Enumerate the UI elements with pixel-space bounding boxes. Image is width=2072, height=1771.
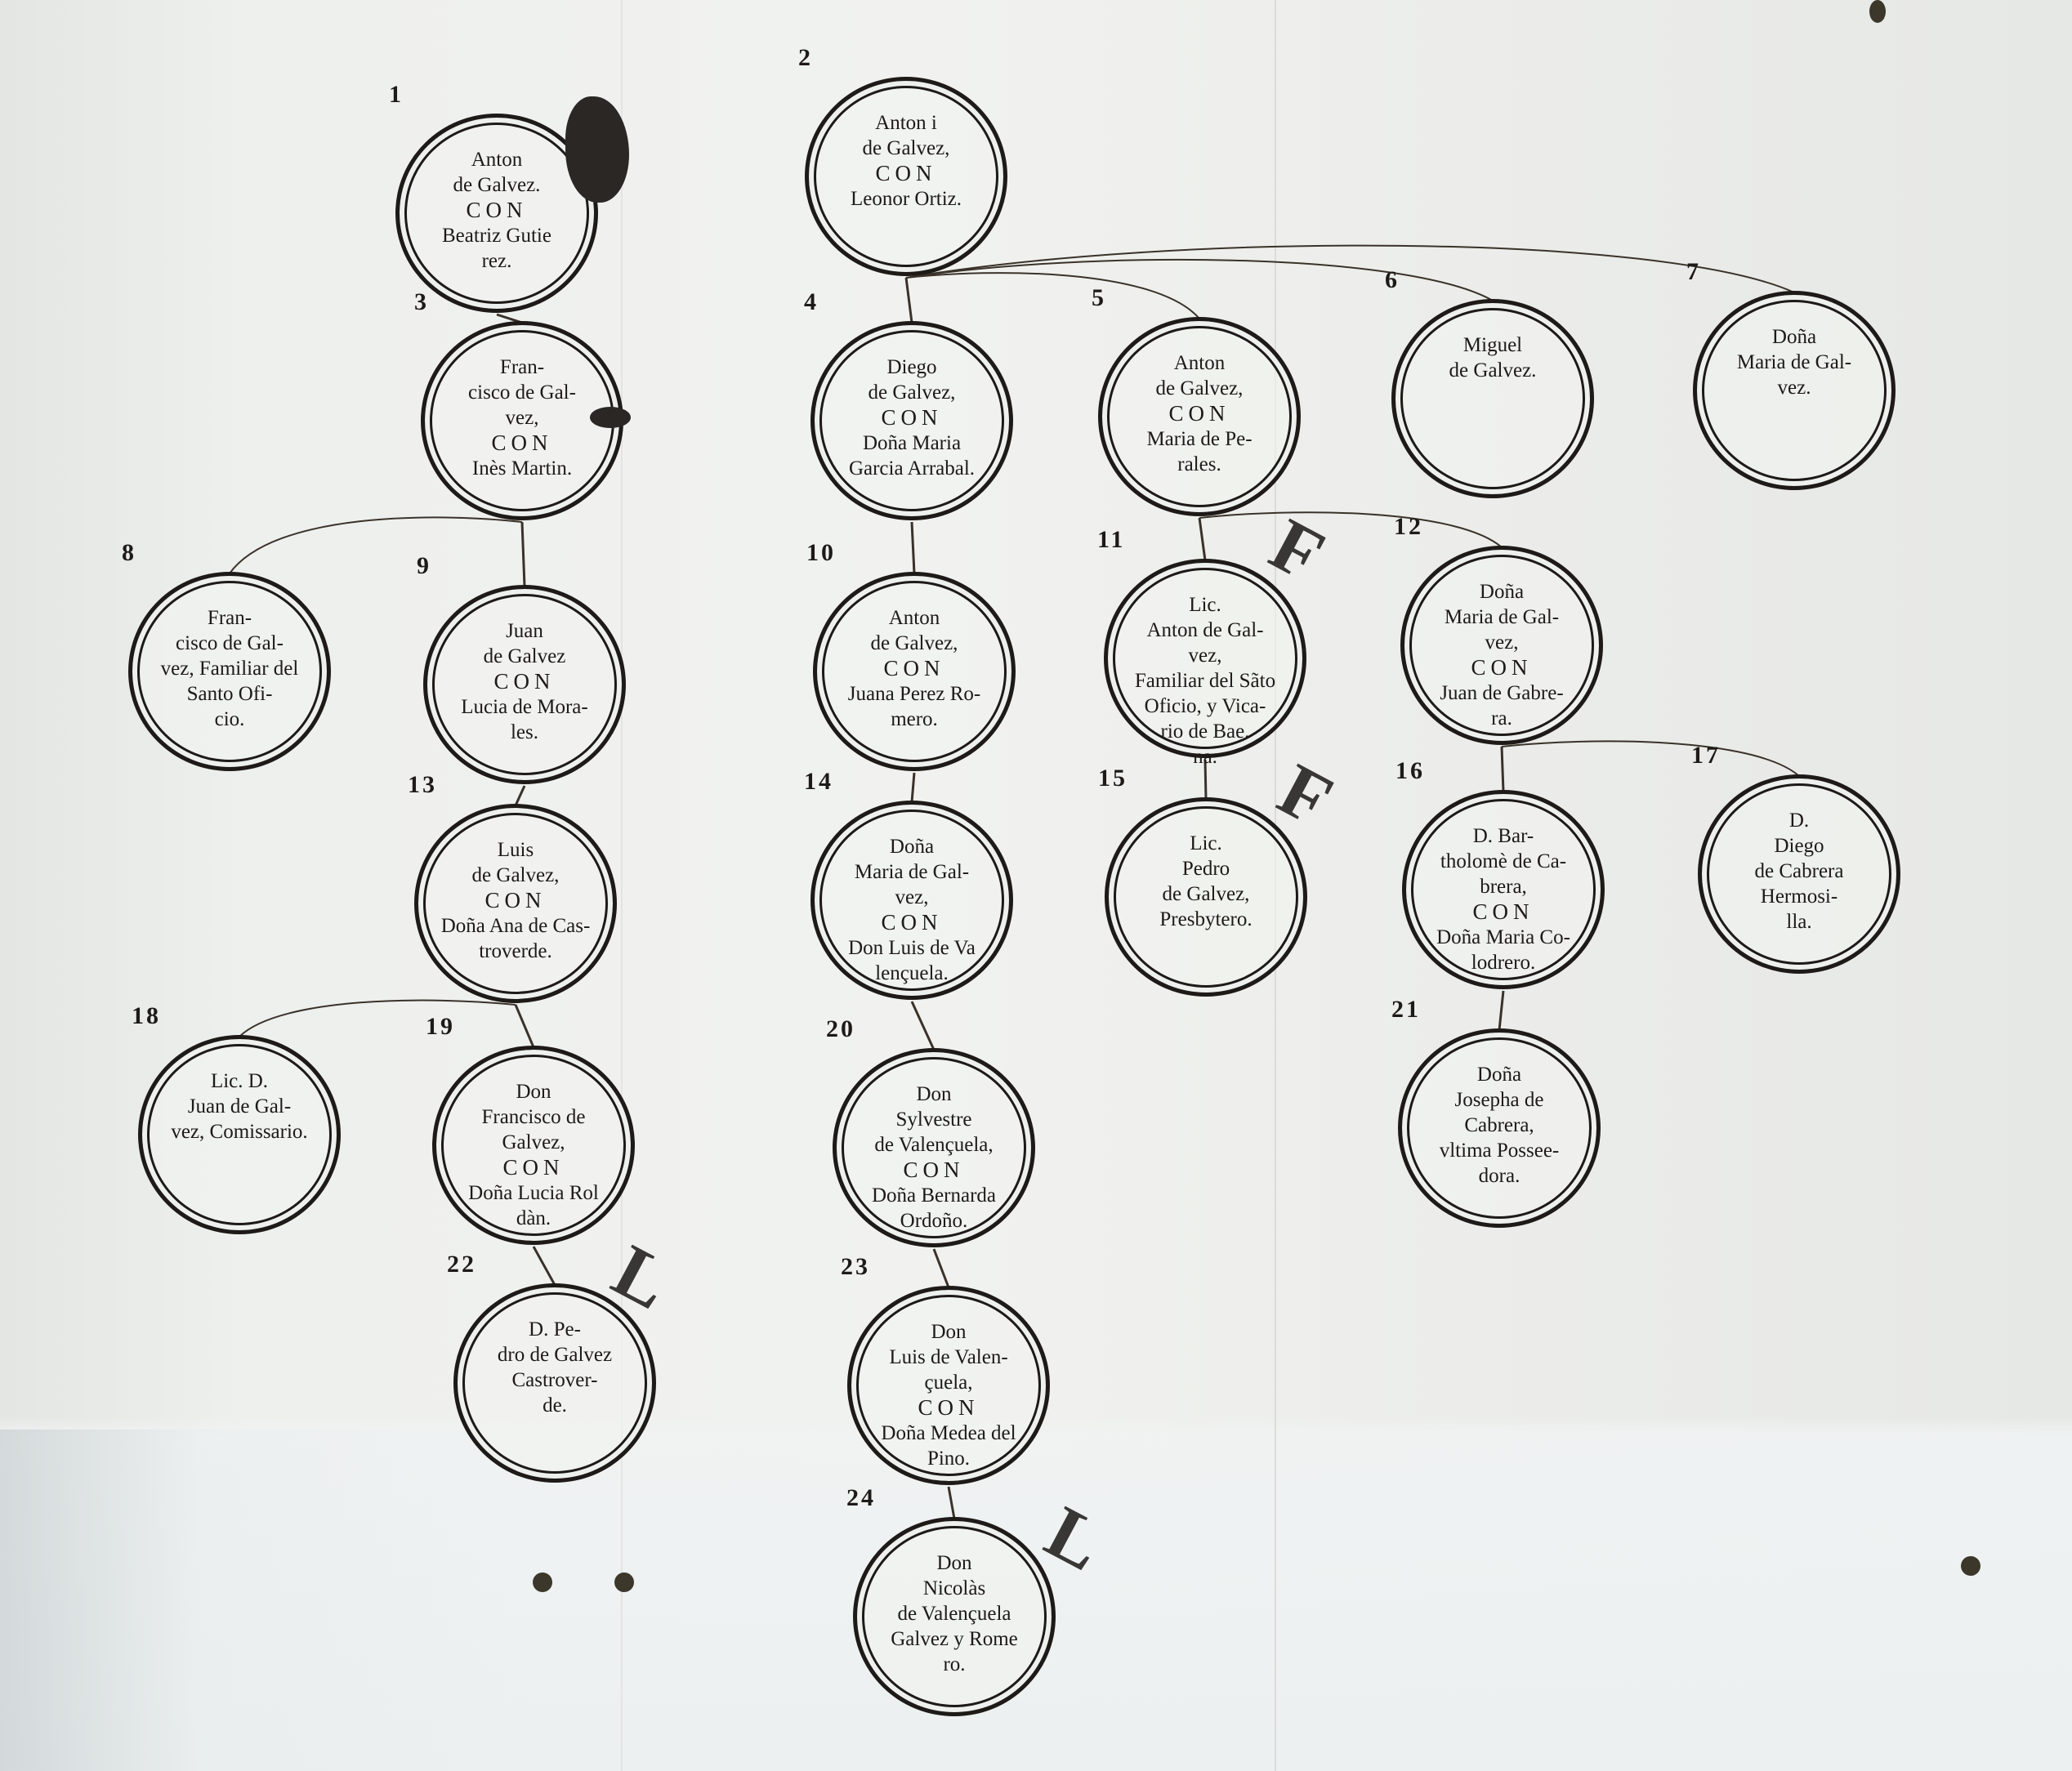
connector-2-7 [906, 246, 1794, 292]
connector-3-8 [230, 517, 522, 573]
node-number: 21 [1391, 996, 1421, 1024]
node-label: Fran-cisco de Gal-vez,CONInès Martin. [441, 355, 603, 481]
node-label-line: Beatriz Gutie [416, 223, 578, 248]
node-number: 2 [798, 44, 813, 72]
node-number: 24 [846, 1484, 876, 1512]
node-label: DonNicolàsde ValençuelaGalvez y Romero. [873, 1550, 1035, 1677]
node-label-line: Oficio, y Vica- [1124, 694, 1286, 719]
node-label-line: de Galvez [444, 644, 605, 669]
node-label-line: Lic. [1125, 831, 1287, 856]
node-label: Lic.Pedrode Galvez,Presbytero. [1125, 831, 1287, 932]
node-label-line: vez, [1124, 643, 1286, 668]
node-label: D. Pe-dro de GalvezCastrover-de. [474, 1317, 636, 1418]
node-label-line: Don [868, 1319, 1029, 1345]
node-label-line: de Galvez, [833, 631, 995, 656]
tree-node-5: Antonde Galvez,CONMaria de Pe-rales. [1098, 317, 1301, 516]
node-label-line: Miguel [1412, 332, 1574, 358]
node-label-line: de Cabrera [1718, 859, 1880, 884]
node-label-line: troverde. [435, 939, 596, 964]
node-label-line: Anton [1119, 350, 1280, 376]
node-label-line: Juan de Gabre- [1421, 680, 1583, 706]
node-label-line: Doña [1421, 579, 1583, 604]
node-label-line: de Galvez. [1412, 358, 1574, 383]
node-number: 22 [447, 1251, 476, 1278]
node-label-line: cio. [149, 707, 310, 732]
node-label-line: Santo Ofi- [149, 681, 310, 707]
node-label-line: cisco de Gal- [149, 631, 310, 656]
node-number: 7 [1686, 258, 1701, 286]
connector-4-10 [912, 522, 914, 573]
tree-node-16: D. Bar-tholomè de Ca-brera,CONDoña Maria… [1402, 790, 1605, 989]
node-label-line: Anton i [825, 110, 987, 136]
node-label: DoñaJosepha deCabrera,vltima Possee-dora… [1418, 1062, 1580, 1189]
node-label-line: Doña Bernarda [853, 1183, 1015, 1208]
node-label-line: Fran- [441, 355, 603, 380]
node-label-line: de Galvez, [831, 380, 993, 405]
tree-node-12: DoñaMaria de Gal-vez,CONJuan de Gabre-ra… [1400, 546, 1603, 745]
node-label-line: Familiar del Sãto [1124, 668, 1286, 694]
node-label-line: rales. [1119, 452, 1280, 477]
node-label-line: Diego [1718, 833, 1880, 859]
node-label-line: Lic. [1124, 592, 1286, 618]
node-label: Diegode Galvez,CONDoña MariaGarcia Arrab… [831, 355, 993, 481]
node-number: 11 [1097, 526, 1125, 554]
connector-3-9 [522, 522, 525, 587]
connector-2-4 [906, 278, 912, 323]
node-label-line: Presbytero. [1125, 907, 1287, 932]
tree-node-24: DonNicolàsde ValençuelaGalvez y Romero. [853, 1517, 1056, 1716]
node-label-line: Lic. D. [159, 1068, 320, 1094]
node-number: 20 [826, 1015, 855, 1043]
node-label: Lic. D.Juan de Gal-vez, Comissario. [159, 1068, 320, 1144]
node-label-line: tholomè de Ca- [1422, 849, 1584, 874]
connector-13-18 [239, 1001, 516, 1037]
node-label-line: Anton [833, 605, 995, 631]
node-label-line: Don [453, 1079, 614, 1104]
node-label: DonSylvestrede Valençuela,CONDoña Bernar… [853, 1082, 1015, 1233]
node-label: Luisde Galvez,CONDoña Ana de Cas-troverd… [435, 837, 596, 964]
node-label-line: vez, [441, 405, 603, 430]
con-connector-word: CON [825, 161, 987, 186]
connector-19-22 [534, 1247, 555, 1285]
node-label-line: lla. [1718, 909, 1880, 935]
node-label-line: Pino. [868, 1446, 1029, 1471]
node-label: DonFrancisco deGalvez,CONDoña Lucia Rold… [453, 1079, 614, 1231]
node-label-line: Anton de Gal- [1124, 618, 1286, 643]
node-label-line: Juan de Gal- [159, 1094, 320, 1119]
node-label-line: na. [1124, 744, 1286, 770]
tree-node-7: DoñaMaria de Gal-vez. [1693, 291, 1896, 490]
pin-hole [614, 1572, 634, 1592]
node-label-line: de Galvez, [1119, 376, 1280, 401]
node-label: Antonde Galvez,CONMaria de Pe-rales. [1119, 350, 1280, 477]
node-label-line: Maria de Gal- [1713, 350, 1875, 375]
node-label-line: Ordoño. [853, 1208, 1015, 1233]
node-label: Anton ide Galvez,CONLeonor Ortiz. [825, 110, 987, 212]
node-label-line: Don [853, 1082, 1015, 1107]
node-label-line: Doña [831, 834, 993, 859]
node-label-line: Sylvestre [853, 1107, 1015, 1132]
con-connector-word: CON [1422, 899, 1584, 925]
connector-5-12 [1199, 512, 1502, 547]
node-number: 18 [132, 1002, 161, 1030]
node-label-line: de. [474, 1393, 636, 1418]
connector-13-19 [516, 1005, 534, 1047]
node-label-line: Francisco de [453, 1104, 614, 1130]
node-label-line: çuela, [868, 1370, 1029, 1395]
node-label: DoñaMaria de Gal-vez,CONJuan de Gabre-ra… [1421, 579, 1583, 731]
node-number: 15 [1098, 765, 1128, 792]
node-label-line: Anton [416, 147, 578, 172]
con-connector-word: CON [453, 1155, 614, 1180]
node-label-line: Castrover- [474, 1367, 636, 1393]
connector-5-11 [1199, 518, 1205, 560]
node-label-line: Doña [1418, 1062, 1580, 1087]
connector-2-5 [906, 273, 1199, 319]
node-label-line: dora. [1418, 1163, 1580, 1189]
tree-node-13: Luisde Galvez,CONDoña Ana de Cas-troverd… [414, 804, 617, 1003]
connector-12-17 [1502, 741, 1799, 776]
node-label-line: Galvez y Rome [873, 1626, 1035, 1652]
node-label-line: dàn. [453, 1206, 614, 1231]
node-label-line: lodrero. [1422, 950, 1584, 975]
con-connector-word: CON [831, 910, 993, 935]
con-connector-word: CON [831, 405, 993, 430]
node-number: 17 [1691, 742, 1721, 770]
node-label-line: vez, [831, 885, 993, 910]
node-label-line: Luis de Valen- [868, 1345, 1029, 1370]
node-label-line: D. Pe- [474, 1317, 636, 1342]
node-label-line: Josepha de [1418, 1087, 1580, 1113]
node-label-line: les. [444, 720, 605, 745]
tree-node-10: Antonde Galvez,CONJuana Perez Ro-mero. [813, 572, 1016, 771]
tree-node-2: Anton ide Galvez,CONLeonor Ortiz. [805, 77, 1007, 276]
node-number: 1 [389, 81, 404, 109]
tree-node-9: Juande GalvezCONLucia de Mora-les. [423, 585, 626, 784]
node-label: Lic.Anton de Gal-vez,Familiar del SãtoOf… [1124, 592, 1286, 770]
con-connector-word: CON [444, 669, 605, 694]
node-label-line: Nicolàs [873, 1576, 1035, 1601]
tree-node-11: Lic.Anton de Gal-vez,Familiar del SãtoOf… [1104, 559, 1306, 758]
node-label: Miguelde Galvez. [1412, 332, 1574, 383]
tree-node-14: DoñaMaria de Gal-vez,CONDon Luis de Vale… [810, 801, 1013, 1000]
node-label-line: Juana Perez Ro- [833, 681, 995, 707]
node-number: 12 [1394, 513, 1423, 541]
node-label-line: Doña Medea del [868, 1421, 1029, 1446]
node-number: 9 [417, 552, 431, 580]
node-label-line: Doña Maria Co- [1422, 925, 1584, 950]
pin-hole [533, 1572, 552, 1592]
node-label-line: Inès Martin. [441, 456, 603, 481]
node-label-line: ra. [1421, 706, 1583, 731]
connector-16-21 [1499, 991, 1503, 1030]
node-label: Antonde Galvez,CONJuana Perez Ro-mero. [833, 605, 995, 732]
node-label-line: de Galvez, [435, 863, 596, 888]
node-label: D. Bar-tholomè de Ca-brera,CONDoña Maria… [1422, 823, 1584, 975]
node-label-line: de Valençuela, [853, 1132, 1015, 1158]
node-label-line: de Valençuela [873, 1601, 1035, 1626]
con-connector-word: CON [833, 656, 995, 681]
node-number: 8 [122, 539, 136, 567]
node-label-line: Luis [435, 837, 596, 863]
connector-14-20 [912, 1001, 934, 1050]
ink-stain-small [590, 407, 631, 428]
node-label-line: Cabrera, [1418, 1113, 1580, 1138]
node-label-line: de Galvez. [416, 172, 578, 198]
node-label-line: Juan [444, 618, 605, 644]
node-number: 13 [408, 771, 437, 799]
node-number: 4 [804, 288, 819, 316]
node-label: DonLuis de Valen-çuela,CONDoña Medea del… [868, 1319, 1029, 1471]
node-number: 19 [426, 1013, 455, 1041]
node-label-line: Doña Maria [831, 430, 993, 456]
node-number: 14 [804, 768, 833, 796]
node-label-line: brera, [1422, 874, 1584, 899]
node-label-line: Leonor Ortiz. [825, 186, 987, 212]
node-label-line: Doña Lucia Rol [453, 1180, 614, 1206]
node-label-line: lençuela. [831, 961, 993, 986]
tree-node-6: Miguelde Galvez. [1391, 299, 1594, 498]
node-label: D.Diegode CabreraHermosi-lla. [1718, 808, 1880, 935]
node-number: 5 [1092, 284, 1106, 312]
node-label-line: Don [873, 1550, 1035, 1576]
node-label-line: Don Luis de Va [831, 935, 993, 961]
node-label: Antonde Galvez.CONBeatriz Gutierez. [416, 147, 578, 274]
tree-node-20: DonSylvestrede Valençuela,CONDoña Bernar… [833, 1048, 1035, 1247]
node-label-line: de Galvez, [1125, 881, 1287, 907]
node-label-line: cisco de Gal- [441, 380, 603, 405]
node-number: 10 [806, 539, 836, 567]
pin-hole [1869, 0, 1886, 23]
node-label-line: Maria de Gal- [831, 859, 993, 885]
tree-node-23: DonLuis de Valen-çuela,CONDoña Medea del… [847, 1286, 1050, 1485]
node-label-line: vez, Familiar del [149, 656, 310, 681]
node-number: 6 [1385, 266, 1400, 294]
node-label: DoñaMaria de Gal-vez. [1713, 324, 1875, 400]
connector-23-24 [949, 1487, 954, 1519]
con-connector-word: CON [441, 430, 603, 456]
connector-20-23 [934, 1249, 949, 1287]
node-label-line: de Galvez, [825, 136, 987, 161]
node-label-line: Garcia Arrabal. [831, 456, 993, 481]
node-label-line: Pedro [1125, 856, 1287, 881]
node-label-line: Diego [831, 355, 993, 380]
connector-12-16 [1502, 747, 1503, 792]
node-number: 3 [414, 288, 429, 316]
node-label: Fran-cisco de Gal-vez, Familiar delSanto… [149, 605, 310, 732]
node-label-line: vltima Possee- [1418, 1138, 1580, 1163]
node-label-line: ro. [873, 1652, 1035, 1677]
node-label-line: vez, Comissario. [159, 1119, 320, 1144]
node-label-line: Fran- [149, 605, 310, 631]
node-label-line: Hermosi- [1718, 884, 1880, 909]
node-label-line: rio de Bae. [1124, 719, 1286, 744]
con-connector-word: CON [416, 198, 578, 223]
node-label: Juande GalvezCONLucia de Mora-les. [444, 618, 605, 745]
node-label-line: Doña [1713, 324, 1875, 350]
tree-node-19: DonFrancisco deGalvez,CONDoña Lucia Rold… [432, 1046, 635, 1245]
pin-hole [1961, 1556, 1980, 1576]
tree-node-8: Fran-cisco de Gal-vez, Familiar delSanto… [128, 572, 331, 771]
node-label-line: mero. [833, 707, 995, 732]
tree-node-17: D.Diegode CabreraHermosi-lla. [1698, 774, 1900, 974]
connector-9-13 [516, 786, 525, 805]
con-connector-word: CON [853, 1158, 1015, 1183]
con-connector-word: CON [868, 1395, 1029, 1421]
tree-node-4: Diegode Galvez,CONDoña MariaGarcia Arrab… [810, 321, 1013, 520]
node-label: DoñaMaria de Gal-vez,CONDon Luis de Vale… [831, 834, 993, 986]
con-connector-word: CON [1421, 655, 1583, 680]
node-label-line: Galvez, [453, 1130, 614, 1155]
node-label-line: D. [1718, 808, 1880, 833]
node-label-line: rez. [416, 248, 578, 274]
node-label-line: Doña Ana de Cas- [435, 913, 596, 939]
node-label-line: vez. [1713, 375, 1875, 400]
node-label-line: Maria de Pe- [1119, 426, 1280, 452]
tree-node-18: Lic. D.Juan de Gal-vez, Comissario. [138, 1035, 341, 1234]
tree-node-21: DoñaJosepha deCabrera,vltima Possee-dora… [1398, 1028, 1601, 1228]
node-label-line: Maria de Gal- [1421, 604, 1583, 630]
node-label-line: D. Bar- [1422, 823, 1584, 849]
con-connector-word: CON [435, 888, 596, 913]
node-label-line: Lucia de Mora- [444, 694, 605, 720]
node-label-line: vez, [1421, 630, 1583, 655]
node-number: 16 [1395, 757, 1425, 785]
connector-10-14 [912, 773, 914, 802]
con-connector-word: CON [1119, 401, 1280, 426]
node-label-line: dro de Galvez [474, 1342, 636, 1367]
node-number: 23 [841, 1253, 870, 1281]
